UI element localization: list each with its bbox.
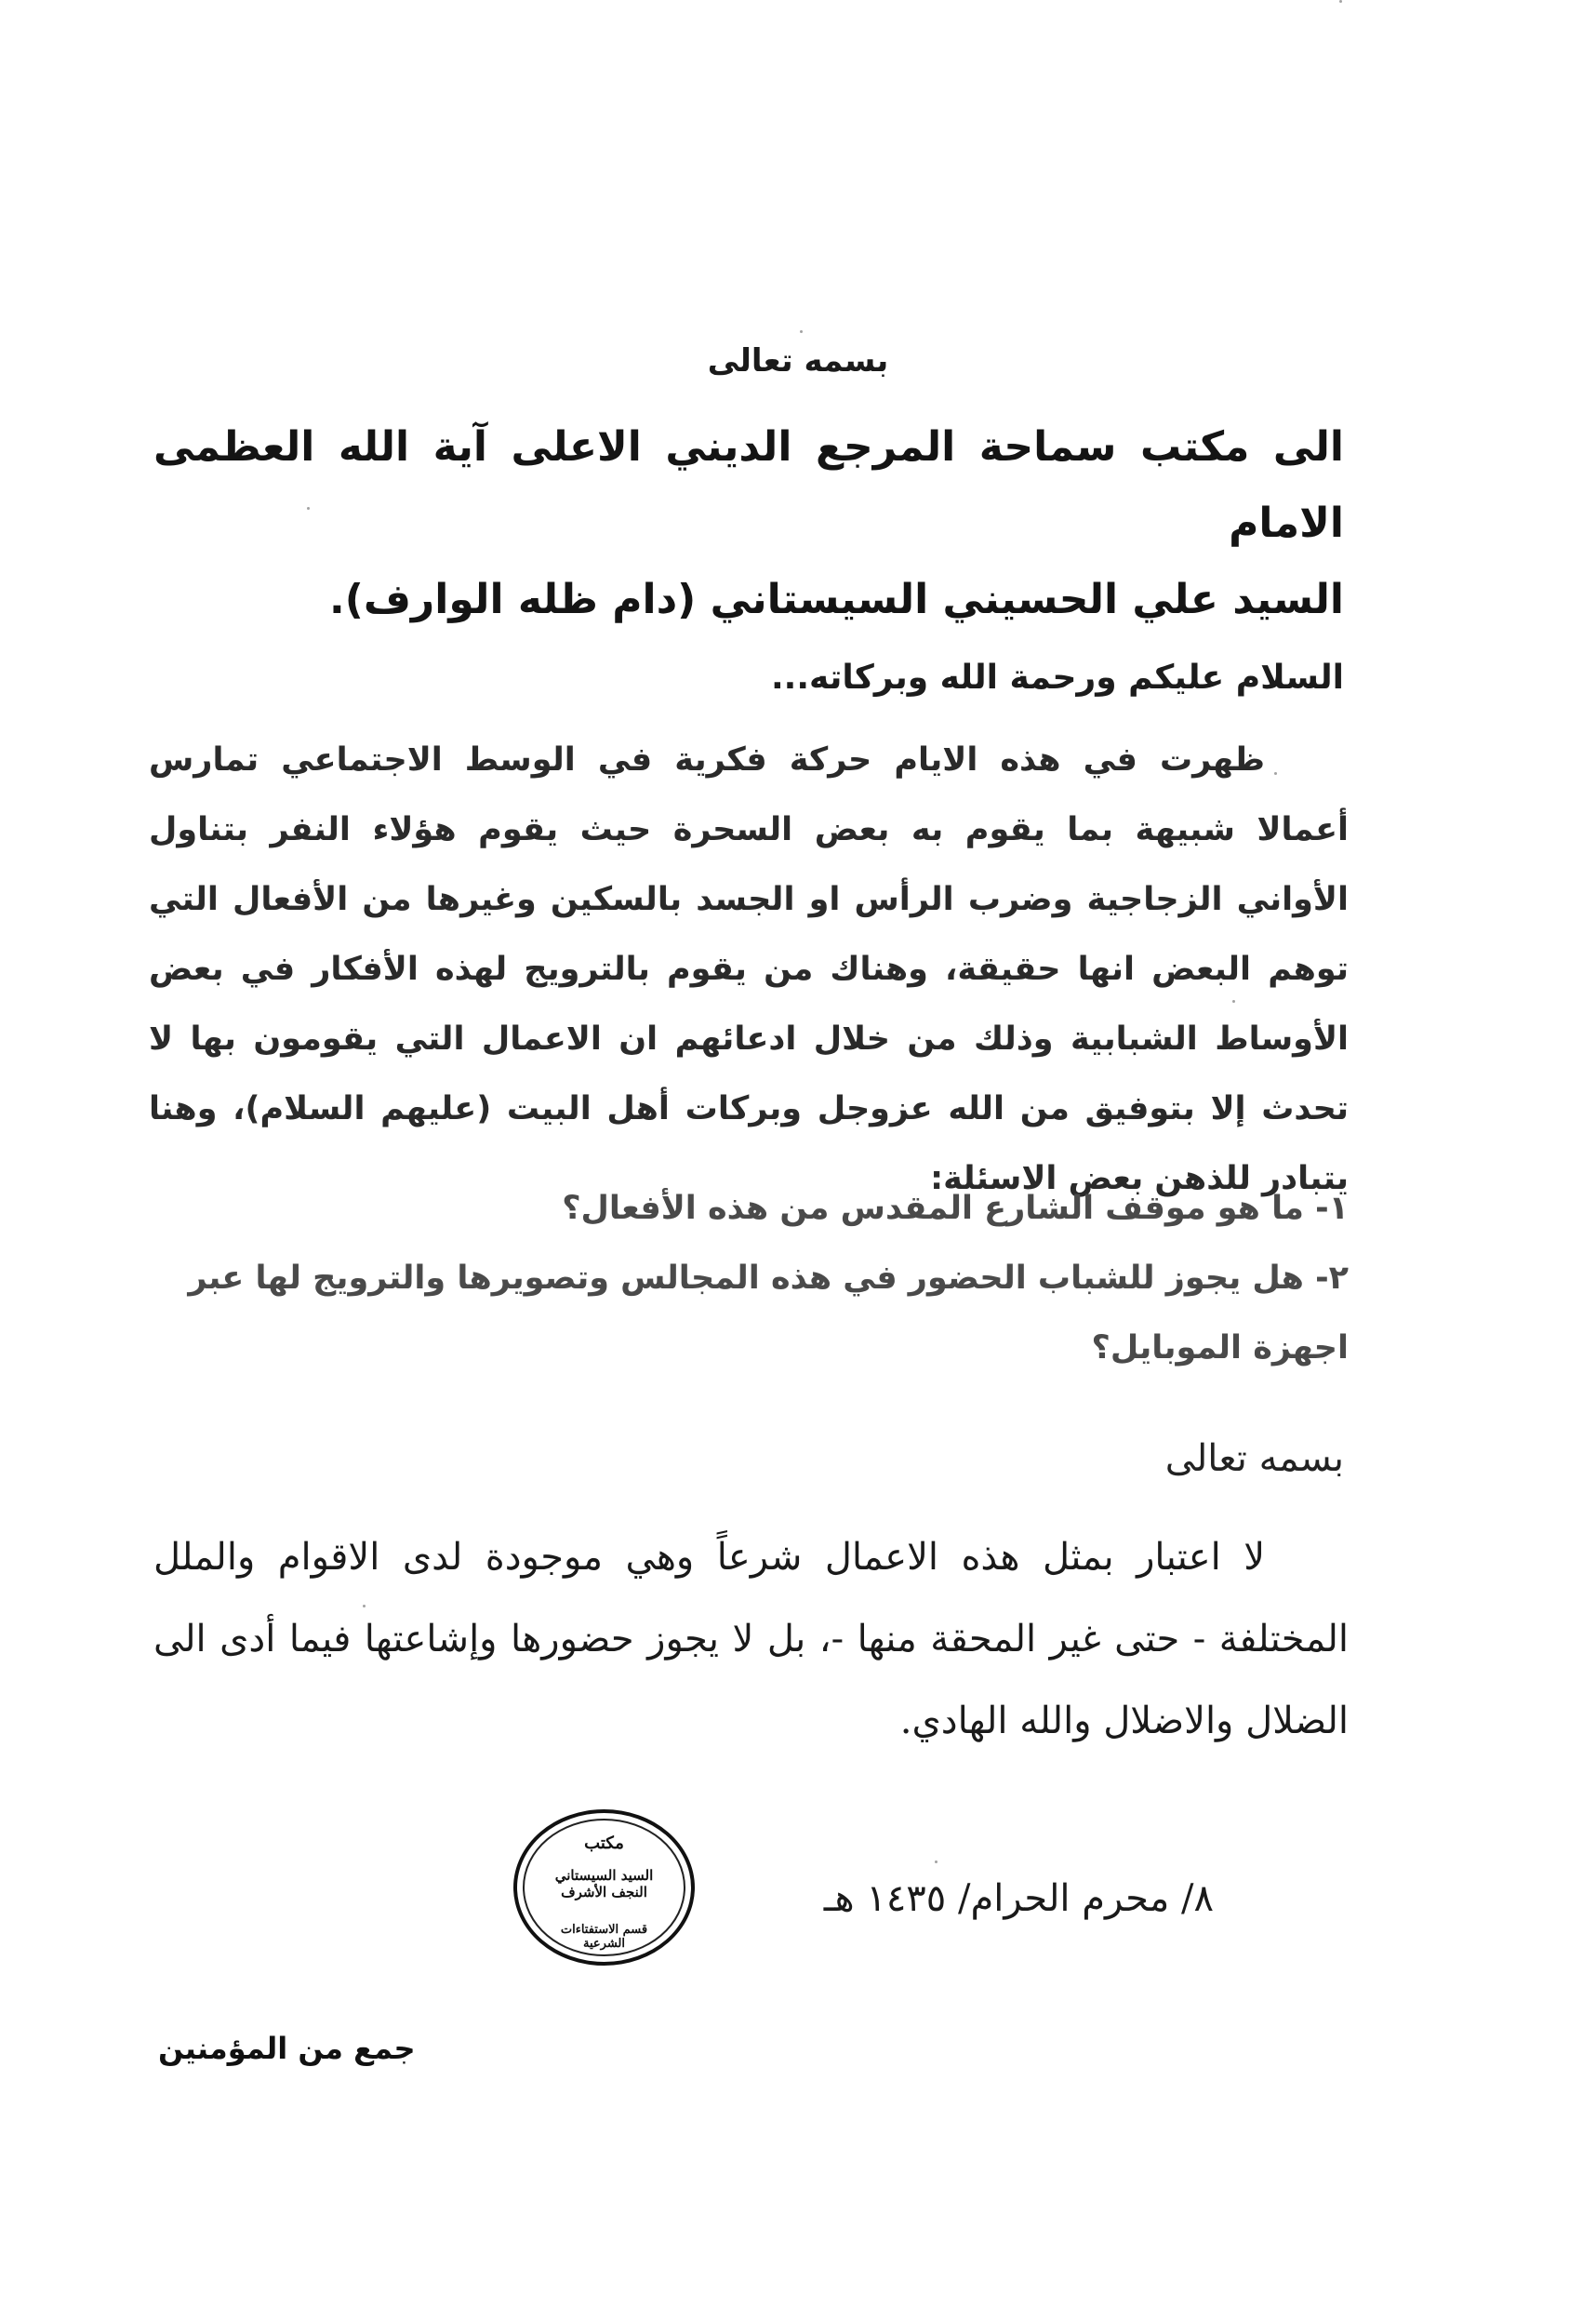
scan-speckle bbox=[307, 507, 310, 510]
address-line-2: السيد علي الحسيني السيستاني (دام ظله الو… bbox=[153, 562, 1344, 638]
recipient-address: الى مكتب سماحة المرجع الديني الاعلى آية … bbox=[153, 409, 1344, 638]
scan-speckle bbox=[935, 1860, 938, 1863]
answer-basmala: بسمه تعالى bbox=[153, 1437, 1344, 1480]
stamp-middle-text: السيد السيستاني النجف الأشرف bbox=[517, 1867, 691, 1900]
scan-speckle bbox=[363, 1605, 366, 1607]
scan-speckle bbox=[800, 330, 803, 333]
questions-list: ١- ما هو موقف الشارع المقدس من هذه الأفع… bbox=[149, 1174, 1349, 1383]
answer-date: ٨/ محرم الحرام/ ١٤٣٥ هـ bbox=[693, 1877, 1214, 1920]
greeting: السلام عليكم ورحمة الله وبركاته... bbox=[153, 659, 1344, 697]
scan-speckle bbox=[1274, 772, 1277, 775]
question-item-1: ١- ما هو موقف الشارع المقدس من هذه الأفع… bbox=[149, 1174, 1349, 1244]
question-body: ظهرت في هذه الايام حركة فكرية في الوسط ا… bbox=[149, 726, 1349, 1214]
stamp-bottom-text: قسم الاستفتاءات الشرعية bbox=[517, 1923, 691, 1951]
question-item-2: ٢- هل يجوز للشباب الحضور في هذه المجالس … bbox=[149, 1244, 1349, 1383]
scan-speckle bbox=[1232, 1000, 1235, 1003]
scanned-letter-page: بسمه تعالى الى مكتب سماحة المرجع الديني … bbox=[0, 0, 1596, 2307]
address-line-1: الى مكتب سماحة المرجع الديني الاعلى آية … bbox=[153, 409, 1344, 562]
scan-speckle bbox=[1339, 0, 1342, 3]
sender-signature: جمع من المؤمنين bbox=[158, 2031, 416, 2066]
stamp-top-text: مكتب bbox=[517, 1834, 691, 1853]
handwritten-answer: لا اعتبار بمثل هذه الاعمال شرعاً وهي موج… bbox=[153, 1516, 1349, 1762]
office-seal-stamp: مكتب السيد السيستاني النجف الأشرف قسم ال… bbox=[513, 1809, 695, 1966]
header-basmala: بسمه تعالى bbox=[0, 342, 1596, 380]
